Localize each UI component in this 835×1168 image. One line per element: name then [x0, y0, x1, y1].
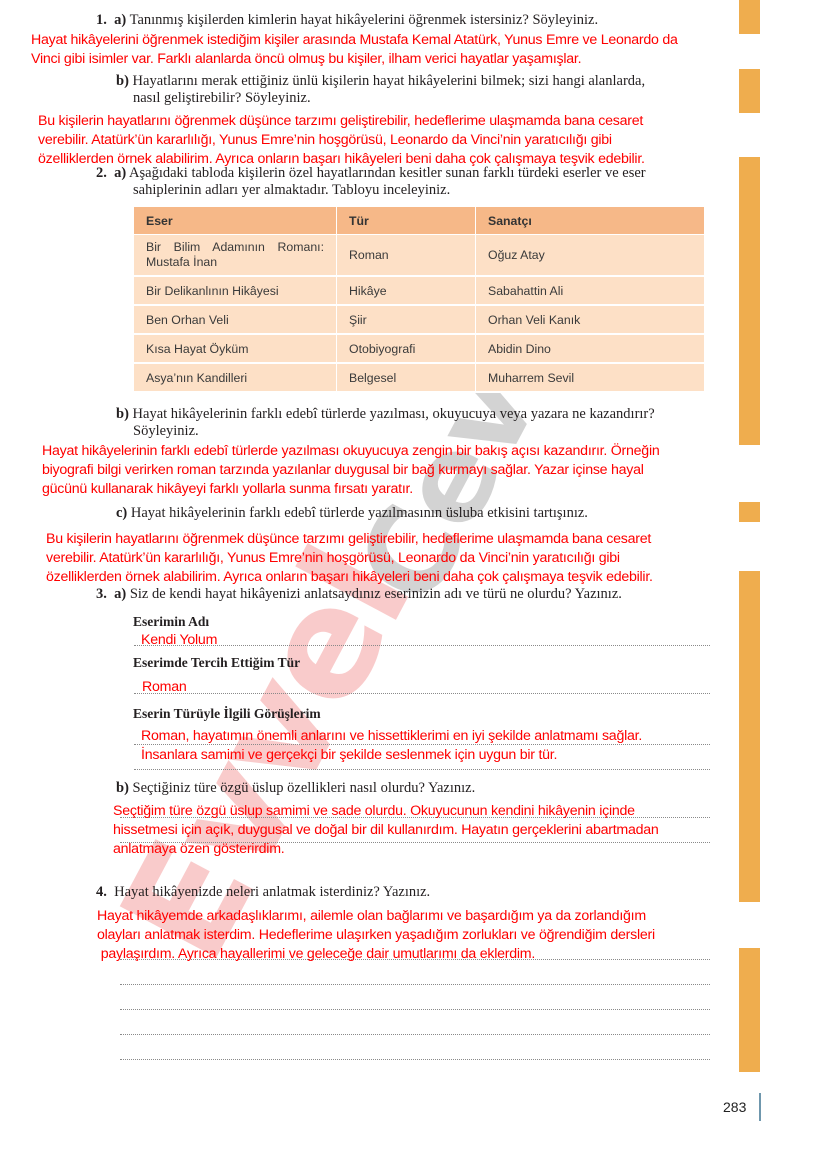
question-text: sahiplerinin adları yer almaktadır. Tabl…: [96, 182, 646, 199]
answer-line: Seçtiğim türe özgü üslup samimi ve sade …: [113, 802, 659, 821]
question-1b: b) Hayatlarını merak ettiğiniz ünlü kişi…: [116, 73, 645, 107]
cell-sanatci: Orhan Veli Kanık: [476, 306, 704, 335]
answer-line: Hayat hikâyelerinin farklı edebî türlerd…: [42, 442, 659, 461]
answer-line: Hayat hikâyemde arkadaşlıklarımı, aileml…: [97, 907, 655, 926]
cell-sanatci: Oğuz Atay: [476, 235, 704, 277]
cell-tur: Roman: [337, 235, 476, 277]
field-label-genre: Eserimde Tercih Ettiğim Tür: [133, 655, 300, 671]
answer-3b[interactable]: Seçtiğim türe özgü üslup samimi ve sade …: [113, 802, 659, 859]
question-text: Tanınmış kişilerden kimlerin hayat hikây…: [130, 12, 599, 28]
question-1a: 1. a) Tanınmış kişilerden kimlerin hayat…: [96, 12, 598, 29]
question-label: a): [114, 165, 126, 181]
cell-eser: Bir Bilim Adamının Romanı: Mustafa İnan: [134, 235, 337, 277]
page-number: 283: [723, 1099, 746, 1115]
question-text: Hayatlarını merak ettiğiniz ünlü kişiler…: [133, 73, 646, 89]
answer-line: hissetmesi için açık, duygusal ve doğal …: [113, 821, 659, 840]
answer-1b: Bu kişilerin hayatlarını öğrenmek düşünc…: [38, 112, 645, 169]
question-number: 4.: [96, 884, 107, 900]
question-4: 4. Hayat hikâyenizde neleri anlatmak ist…: [96, 884, 430, 901]
cell-tur: Belgesel: [337, 364, 476, 393]
question-text: Hayat hikâyelerinin farklı edebî türlerd…: [133, 406, 655, 422]
writing-line: [134, 645, 710, 646]
header-sanatci: Sanatçı: [476, 207, 704, 235]
margin-tab: [739, 157, 760, 445]
cell-eser: Kısa Hayat Öyküm: [134, 335, 337, 364]
margin-tab: [739, 948, 760, 1072]
answer-line: verebilir. Atatürk’ün kararlılığı, Yunus…: [46, 549, 653, 568]
question-text: Hayat hikâyelerinin farklı edebî türlerd…: [131, 505, 588, 521]
field-label-opinions: Eserin Türüyle İlgili Görüşlerim: [133, 706, 321, 722]
writing-line: [134, 693, 710, 694]
answer-2b: Hayat hikâyelerinin farklı edebî türlerd…: [42, 442, 659, 499]
answer-line: özelliklerden örnek alabilirim. Ayrıca o…: [46, 568, 653, 587]
question-text: Seçtiğiniz türe özgü üslup özellikleri n…: [133, 780, 476, 796]
cell-sanatci: Muharrem Sevil: [476, 364, 704, 393]
cell-sanatci: Sabahattin Ali: [476, 277, 704, 306]
field-value-genre[interactable]: Roman: [142, 678, 187, 697]
table-row: Bir Bilim Adamının Romanı: Mustafa İnan …: [134, 235, 704, 277]
cell-sanatci: Abidin Dino: [476, 335, 704, 364]
header-eser: Eser: [134, 207, 337, 235]
answer-1a: Hayat hikâyelerini öğrenmek istediğim ki…: [31, 31, 678, 69]
cell-eser: Asya’nın Kandilleri: [134, 364, 337, 393]
table-header-row: Eser Tür Sanatçı: [134, 207, 704, 235]
margin-tab: [739, 502, 760, 522]
question-3b: b) Seçtiğiniz türe özgü üslup özellikler…: [116, 780, 475, 797]
writing-line: [120, 1034, 710, 1035]
writing-line: [120, 984, 710, 985]
question-number: 2.: [96, 165, 107, 181]
answer-line: Bu kişilerin hayatlarını öğrenmek düşünc…: [38, 112, 645, 131]
writing-line: [120, 1059, 710, 1060]
question-number: 1.: [96, 12, 107, 28]
cell-eser: Bir Delikanlının Hikâyesi: [134, 277, 337, 306]
works-table: Eser Tür Sanatçı Bir Bilim Adamının Roma…: [134, 207, 704, 393]
question-label: a): [114, 12, 126, 28]
answer-line: biyografi bilgi verirken roman tarzında …: [42, 461, 659, 480]
question-label: b): [116, 780, 129, 796]
question-text: Aşağıdaki tabloda kişilerin özel hayatla…: [129, 165, 646, 181]
margin-tab: [739, 571, 760, 902]
cell-tur: Şiir: [337, 306, 476, 335]
margin-tab: [739, 69, 760, 113]
answer-line: olayları anlatmak isterdim. Hedeflerime …: [97, 926, 655, 945]
question-label: b): [116, 73, 129, 89]
table-row: Asya’nın Kandilleri Belgesel Muharrem Se…: [134, 364, 704, 393]
writing-line: [120, 1009, 710, 1010]
page-number-divider: [759, 1093, 761, 1121]
question-label: a): [114, 586, 126, 602]
question-3a: 3. a) Siz de kendi hayat hikâyenizi anla…: [96, 586, 622, 603]
question-text: Siz de kendi hayat hikâyenizi anlatsaydı…: [130, 586, 622, 602]
answer-line: İnsanlara samimi ve gerçekçi bir şekilde…: [141, 746, 642, 765]
answer-line: Hayat hikâyelerini öğrenmek istediğim ki…: [31, 31, 678, 50]
field-value-opinions[interactable]: Roman, hayatımın önemli anlarını ve hiss…: [141, 727, 642, 765]
question-number: 3.: [96, 586, 107, 602]
question-text: nasıl geliştirebilir? Söyleyiniz.: [116, 90, 645, 107]
answer-4[interactable]: Hayat hikâyemde arkadaşlıklarımı, aileml…: [97, 907, 655, 964]
table-row: Ben Orhan Veli Şiir Orhan Veli Kanık: [134, 306, 704, 335]
table-row: Kısa Hayat Öyküm Otobiyografi Abidin Din…: [134, 335, 704, 364]
answer-line: paylaşırdım. Ayrıca hayallerimi ve gelec…: [97, 945, 655, 964]
question-2b: b) Hayat hikâyelerinin farklı edebî türl…: [116, 406, 655, 440]
answer-line: anlatmaya özen gösterirdim.: [113, 840, 659, 859]
question-2c: c) Hayat hikâyelerinin farklı edebî türl…: [116, 505, 588, 522]
table-row: Bir Delikanlının Hikâyesi Hikâye Sabahat…: [134, 277, 704, 306]
field-label-title: Eserimin Adı: [133, 614, 209, 630]
answer-line: verebilir. Atatürk’ün kararlılığı, Yunus…: [38, 131, 645, 150]
cell-text: Bir Bilim Adamının Romanı: Mustafa İnan: [146, 240, 324, 269]
question-label: b): [116, 406, 129, 422]
question-2a: 2. a) Aşağıdaki tabloda kişilerin özel h…: [96, 165, 646, 199]
cell-tur: Hikâye: [337, 277, 476, 306]
question-label: c): [116, 505, 127, 521]
answer-line: gücünü kullanarak hikâyeyi farklı yollar…: [42, 480, 659, 499]
cell-tur: Otobiyografi: [337, 335, 476, 364]
answer-line: Vinci gibi isimler var. Farklı alanlarda…: [31, 50, 678, 69]
writing-line: [134, 744, 710, 745]
question-text: Hayat hikâyenizde neleri anlatmak isterd…: [114, 884, 430, 900]
field-value-title[interactable]: Kendi Yolum: [141, 631, 217, 650]
margin-tab: [739, 0, 760, 34]
cell-eser: Ben Orhan Veli: [134, 306, 337, 335]
writing-line: [134, 769, 710, 770]
header-tur: Tür: [337, 207, 476, 235]
question-text: Söyleyiniz.: [116, 423, 655, 440]
answer-2c: Bu kişilerin hayatlarını öğrenmek düşünc…: [46, 530, 653, 587]
answer-line: Bu kişilerin hayatlarını öğrenmek düşünc…: [46, 530, 653, 549]
